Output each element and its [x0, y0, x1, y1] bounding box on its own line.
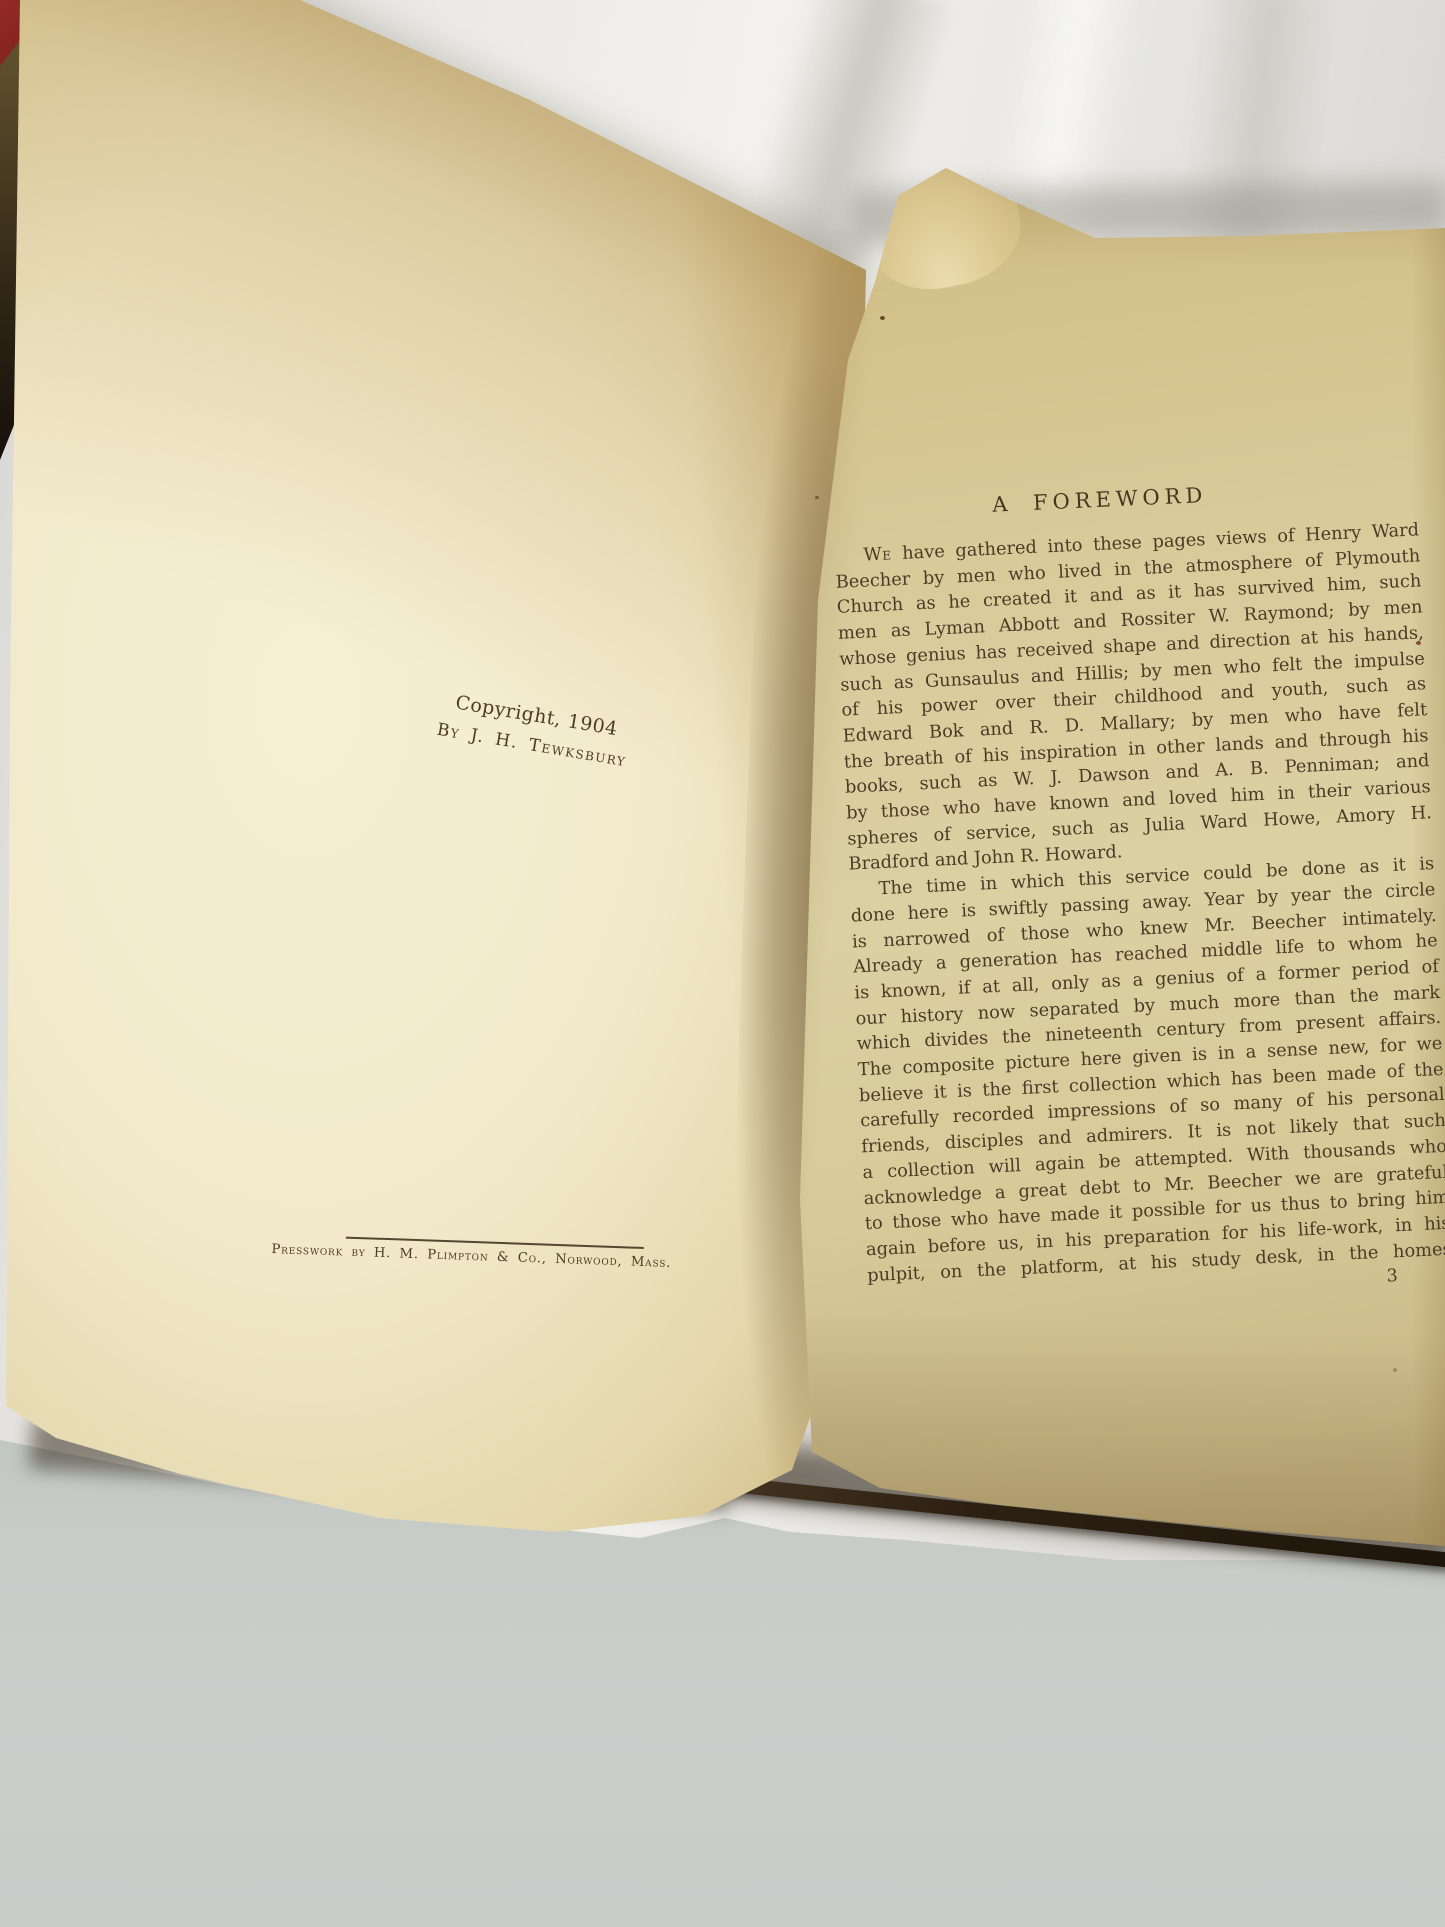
foreword-paragraphs: We have gathered into these pages views …: [834, 517, 1445, 1288]
paper-speck: [1416, 641, 1421, 645]
paragraph: The time in which this service could be …: [849, 851, 1445, 1288]
paper-speck: [1393, 1368, 1397, 1372]
paragraph: We have gathered into these pages views …: [834, 517, 1434, 877]
foreword-text-column: A FOREWORD We have gathered into these p…: [832, 473, 1445, 1310]
paper-speck: [815, 496, 819, 499]
right-page: A FOREWORD We have gathered into these p…: [770, 140, 1445, 1570]
paper-speck: [880, 316, 885, 320]
open-book-photo: Copyright, 1904 By J. H. Tewksbury Press…: [0, 0, 1445, 1927]
